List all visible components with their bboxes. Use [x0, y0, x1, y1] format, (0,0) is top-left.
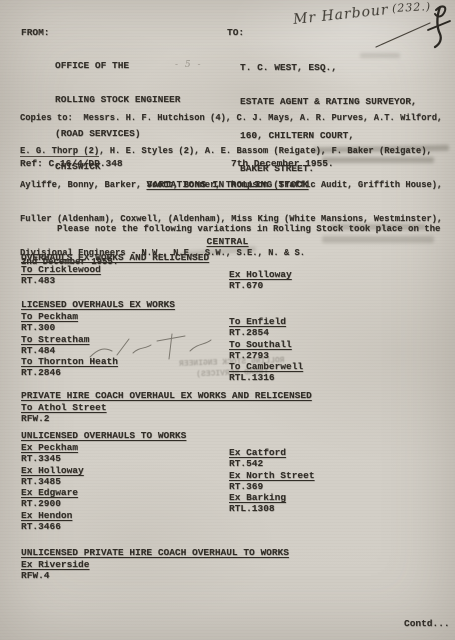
section-heading: PRIVATE HIRE COACH OVERHAUL EX WORKS AND… — [21, 390, 445, 401]
entry-fleet-number: RT.3485 — [21, 476, 229, 487]
entry-fleet-number: RT.300 — [21, 322, 229, 333]
stock-entry: Ex Catford RT.542 — [229, 447, 445, 470]
entry-fleet-number: RT.542 — [229, 458, 445, 469]
section-heading-text: UNLICENSED PRIVATE HIRE COACH OVERHAUL T… — [21, 547, 289, 558]
document-title-text: VARIATIONS IN ROLLING STOCK — [146, 179, 308, 190]
stock-entry: Ex Holloway RT.3485 — [21, 465, 229, 488]
entry-fleet-number: RFW.4 — [21, 570, 229, 581]
entry-fleet-number: RT.2793 — [229, 350, 445, 361]
entry-location: To Thornton Heath — [21, 356, 229, 367]
entry-fleet-number: RFW.2 — [21, 413, 229, 424]
section-overhauls-ex-works-relicensed: OVERHAULS EX WORKS AND RELICENSED To Cri… — [21, 252, 445, 292]
from-label: FROM: — [21, 27, 50, 38]
document-title: VARIATIONS IN ROLLING STOCK — [0, 179, 455, 190]
section-heading-text: LICENSED OVERHAULS EX WORKS — [21, 299, 175, 310]
entry-location: Ex Holloway — [21, 465, 229, 476]
region-heading: CENTRAL — [0, 236, 455, 247]
entry-fleet-number: RTL.1308 — [229, 503, 445, 514]
entry-fleet-number: RT.2854 — [229, 327, 445, 338]
entry-location: To Peckham — [21, 311, 229, 322]
stock-entry: To Camberwell RTL.1316 — [229, 361, 445, 384]
stock-entry: To Peckham RT.300 — [21, 311, 229, 334]
entry-location: To Camberwell — [229, 361, 445, 372]
section-heading: LICENSED OVERHAULS EX WORKS — [21, 299, 445, 310]
stock-entry: Ex Peckham RT.3345 — [21, 442, 229, 465]
entry-fleet-number: RT.3466 — [21, 521, 229, 532]
stock-entry: To Enfield RT.2854 — [229, 316, 445, 339]
stock-entry: To Thornton Heath RT.2846 — [21, 356, 229, 379]
scanned-memo-page: - 5 - (232.) Mr Harbour FROM: TO: OFFICE… — [0, 0, 455, 640]
stock-entry: To Southall RT.2793 — [229, 339, 445, 362]
entry-fleet-number: RT.483 — [21, 275, 229, 286]
entry-location: To Southall — [229, 339, 445, 350]
entry-location: Ex Barking — [229, 492, 445, 503]
entry-location: Ex Hendon — [21, 510, 229, 521]
stock-entry: Ex Hendon RT.3466 — [21, 510, 229, 533]
entry-location: To Cricklewood — [21, 264, 229, 275]
entry-location: Ex Peckham — [21, 442, 229, 453]
entry-fleet-number: RT.2900 — [21, 498, 229, 509]
stock-entry: Ex Holloway RT.670 — [229, 269, 445, 292]
stock-entry: To Athol Street RFW.2 — [21, 402, 229, 425]
section-heading-text: OVERHAULS EX WORKS AND RELICENSED — [21, 252, 209, 263]
recipient-line: T. C. WEST, ESQ., — [240, 62, 417, 73]
to-label: TO: — [227, 27, 244, 38]
sender-line: OFFICE OF THE — [55, 60, 180, 71]
section-heading: OVERHAULS EX WORKS AND RELICENSED — [21, 252, 445, 263]
entry-location: Ex North Street — [229, 470, 445, 481]
stock-entry: To Cricklewood RT.483 — [21, 264, 229, 287]
entry-fleet-number: RTL.1316 — [229, 372, 445, 383]
entry-location: To Enfield — [229, 316, 445, 327]
handwritten-initial-mark — [424, 2, 454, 50]
copies-line: Copies to: Messrs. H. F. Hutchison (4), … — [20, 113, 442, 124]
section-unlicensed-overhauls-to-works: UNLICENSED OVERHAULS TO WORKS Ex Peckham… — [21, 430, 445, 532]
entry-fleet-number: RT.484 — [21, 345, 229, 356]
entry-fleet-number: RT.2846 — [21, 367, 229, 378]
stock-entry: Ex North Street RT.369 — [229, 470, 445, 493]
copies-underlined-name: E. G. Thorp (2) — [20, 146, 99, 157]
region-heading-text: CENTRAL — [206, 236, 248, 247]
section-heading-text: UNLICENSED OVERHAULS TO WORKS — [21, 430, 186, 441]
entry-fleet-number: RT.670 — [229, 280, 445, 291]
entry-location: Ex Catford — [229, 447, 445, 458]
section-heading: UNLICENSED PRIVATE HIRE COACH OVERHAUL T… — [21, 547, 445, 558]
copies-line: E. G. Thorp (2), H. E. Styles (2), A. E.… — [20, 146, 442, 157]
entry-location: Ex Edgware — [21, 487, 229, 498]
entry-fleet-number: RT.3345 — [21, 453, 229, 464]
stock-entry: To Streatham RT.484 — [21, 334, 229, 357]
entry-location: Ex Holloway — [229, 269, 445, 280]
document-date: 7th December 1955. — [231, 158, 334, 169]
copies-line-rest: , H. E. Styles (2), A. E. Bassom (Reigat… — [99, 146, 432, 156]
entry-location: Ex Riverside — [21, 559, 229, 570]
section-private-hire-coach-overhaul: PRIVATE HIRE COACH OVERHAUL EX WORKS AND… — [21, 390, 445, 425]
entry-location: To Streatham — [21, 334, 229, 345]
section-heading: UNLICENSED OVERHAULS TO WORKS — [21, 430, 445, 441]
intro-line: Please note the following variations in … — [21, 224, 451, 235]
section-heading-text: PRIVATE HIRE COACH OVERHAUL EX WORKS AND… — [21, 390, 312, 401]
entry-location: To Athol Street — [21, 402, 229, 413]
stock-entry: Ex Edgware RT.2900 — [21, 487, 229, 510]
stock-entry: Ex Riverside RFW.4 — [21, 559, 229, 582]
section-unlicensed-private-hire-coach: UNLICENSED PRIVATE HIRE COACH OVERHAUL T… — [21, 547, 445, 582]
section-licensed-overhauls-ex-works: LICENSED OVERHAULS EX WORKS To Peckham R… — [21, 299, 445, 384]
stock-entry: Ex Barking RTL.1308 — [229, 492, 445, 515]
entry-fleet-number: RT.369 — [229, 481, 445, 492]
continued-note: Contd... — [404, 618, 450, 629]
reference-number: Ref: C.16/4/DP.348 — [20, 158, 123, 169]
